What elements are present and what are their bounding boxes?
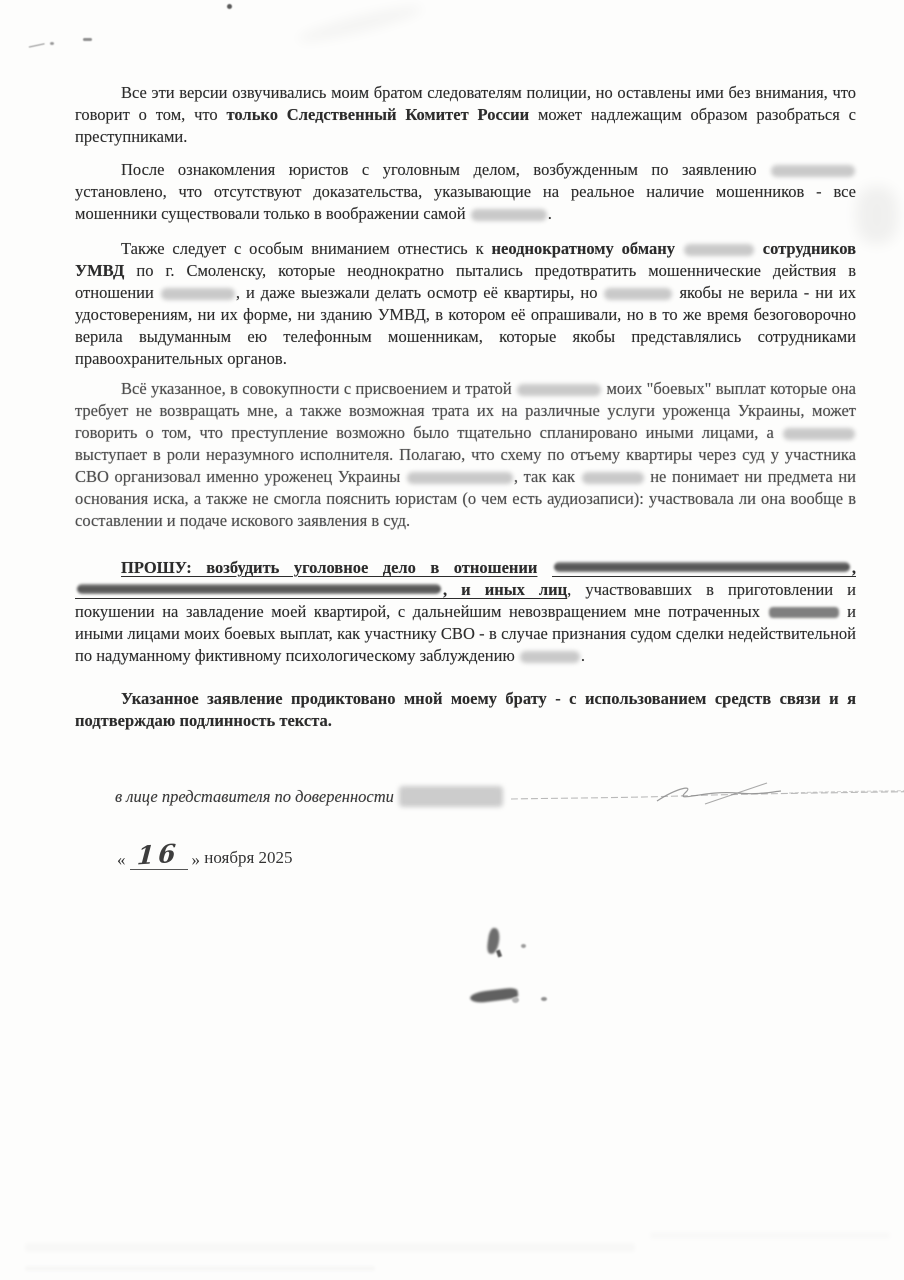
text-segment: , bbox=[852, 558, 856, 577]
date-open-quote: « bbox=[117, 850, 126, 869]
redacted-name-scribble bbox=[75, 581, 443, 599]
date-row: «16» ноября 2025 bbox=[75, 840, 475, 886]
text-segment: , так как bbox=[514, 467, 581, 486]
text-segment: ПРОШУ: возбудить уголовное дело в отноше… bbox=[121, 558, 537, 577]
text-segment: . bbox=[548, 204, 552, 223]
redacted-name-light bbox=[683, 242, 755, 257]
redacted-name-light bbox=[160, 286, 236, 301]
text-segment: Указанное заявление продиктовано мной мо… bbox=[75, 689, 856, 730]
redacted-name-light bbox=[603, 286, 673, 301]
text-segment: После ознакомления юристов с уголовным д… bbox=[121, 160, 770, 179]
document-body: Все эти версии озвучивались моим братом … bbox=[75, 82, 856, 732]
redacted-name-light bbox=[782, 426, 856, 441]
ink-smudge bbox=[496, 950, 502, 958]
text-segment: установлено, что отсутствуют доказательс… bbox=[75, 182, 856, 223]
text-segment: Всё указанное, в совокупности с присвоен… bbox=[121, 379, 516, 398]
text-segment: только Следственный Комитет России bbox=[227, 105, 530, 124]
date-inner: «16» ноября 2025 bbox=[117, 848, 293, 867]
p-versions: Все эти версии озвучивались моим братом … bbox=[75, 82, 856, 148]
p-demand: ПРОШУ: возбудить уголовное дело в отноше… bbox=[75, 557, 856, 667]
signature-label: в лице представителя по доверенности bbox=[115, 787, 394, 806]
text-segment: , и даже выезжали делать осмотр её кварт… bbox=[236, 283, 604, 302]
date-day-underline: 16 bbox=[130, 840, 188, 870]
ink-smudge-dot bbox=[541, 997, 547, 1001]
text-segment: неоднократному обману bbox=[492, 239, 683, 258]
text-segment bbox=[537, 558, 551, 577]
ink-smudge-dot bbox=[512, 997, 519, 1003]
scan-streak bbox=[25, 1243, 635, 1252]
ink-smudge bbox=[470, 987, 519, 1004]
scan-streak bbox=[650, 1232, 890, 1239]
ink-smudge-dot bbox=[521, 944, 526, 948]
redacted-name-light bbox=[406, 470, 514, 485]
scan-shadow bbox=[295, 1, 425, 48]
scan-shadow bbox=[856, 186, 898, 244]
p-scheme: Всё указанное, в совокупности с присвоен… bbox=[75, 378, 856, 532]
redacted-name-light bbox=[470, 207, 548, 222]
scan-streak bbox=[25, 1266, 375, 1271]
ink-speck-dash bbox=[83, 38, 92, 41]
redacted-word-scribble bbox=[768, 605, 840, 620]
date-month-year: ноября 2025 bbox=[204, 848, 292, 867]
redacted-name-light bbox=[770, 163, 856, 178]
redacted-name-light bbox=[519, 649, 581, 664]
redacted-name-light bbox=[581, 470, 645, 485]
signature-scribble-icon bbox=[509, 778, 904, 808]
ink-speck-dot bbox=[227, 4, 232, 9]
ink-speck-scribble bbox=[27, 36, 44, 47]
date-close-quote: » bbox=[192, 850, 201, 869]
signature-row: в лице представителя по доверенности bbox=[75, 778, 865, 812]
text-segment: Также следует с особым вниманием отнести… bbox=[121, 239, 492, 258]
redacted-representative-name bbox=[399, 786, 503, 807]
p-umvd-deception: Также следует с особым вниманием отнести… bbox=[75, 238, 856, 370]
text-segment: . bbox=[581, 646, 585, 665]
text-segment: , и иных лиц bbox=[443, 580, 567, 599]
handwritten-day: 16 bbox=[136, 838, 181, 870]
redacted-name-light bbox=[516, 382, 602, 397]
p-criminal-case: После ознакомления юристов с уголовным д… bbox=[75, 159, 856, 225]
p-dictated: Указанное заявление продиктовано мной мо… bbox=[75, 688, 856, 732]
ink-speck-dot bbox=[50, 42, 54, 45]
scanned-document-page: Все эти версии озвучивались моим братом … bbox=[0, 0, 904, 1280]
redacted-name-scribble bbox=[552, 559, 852, 577]
